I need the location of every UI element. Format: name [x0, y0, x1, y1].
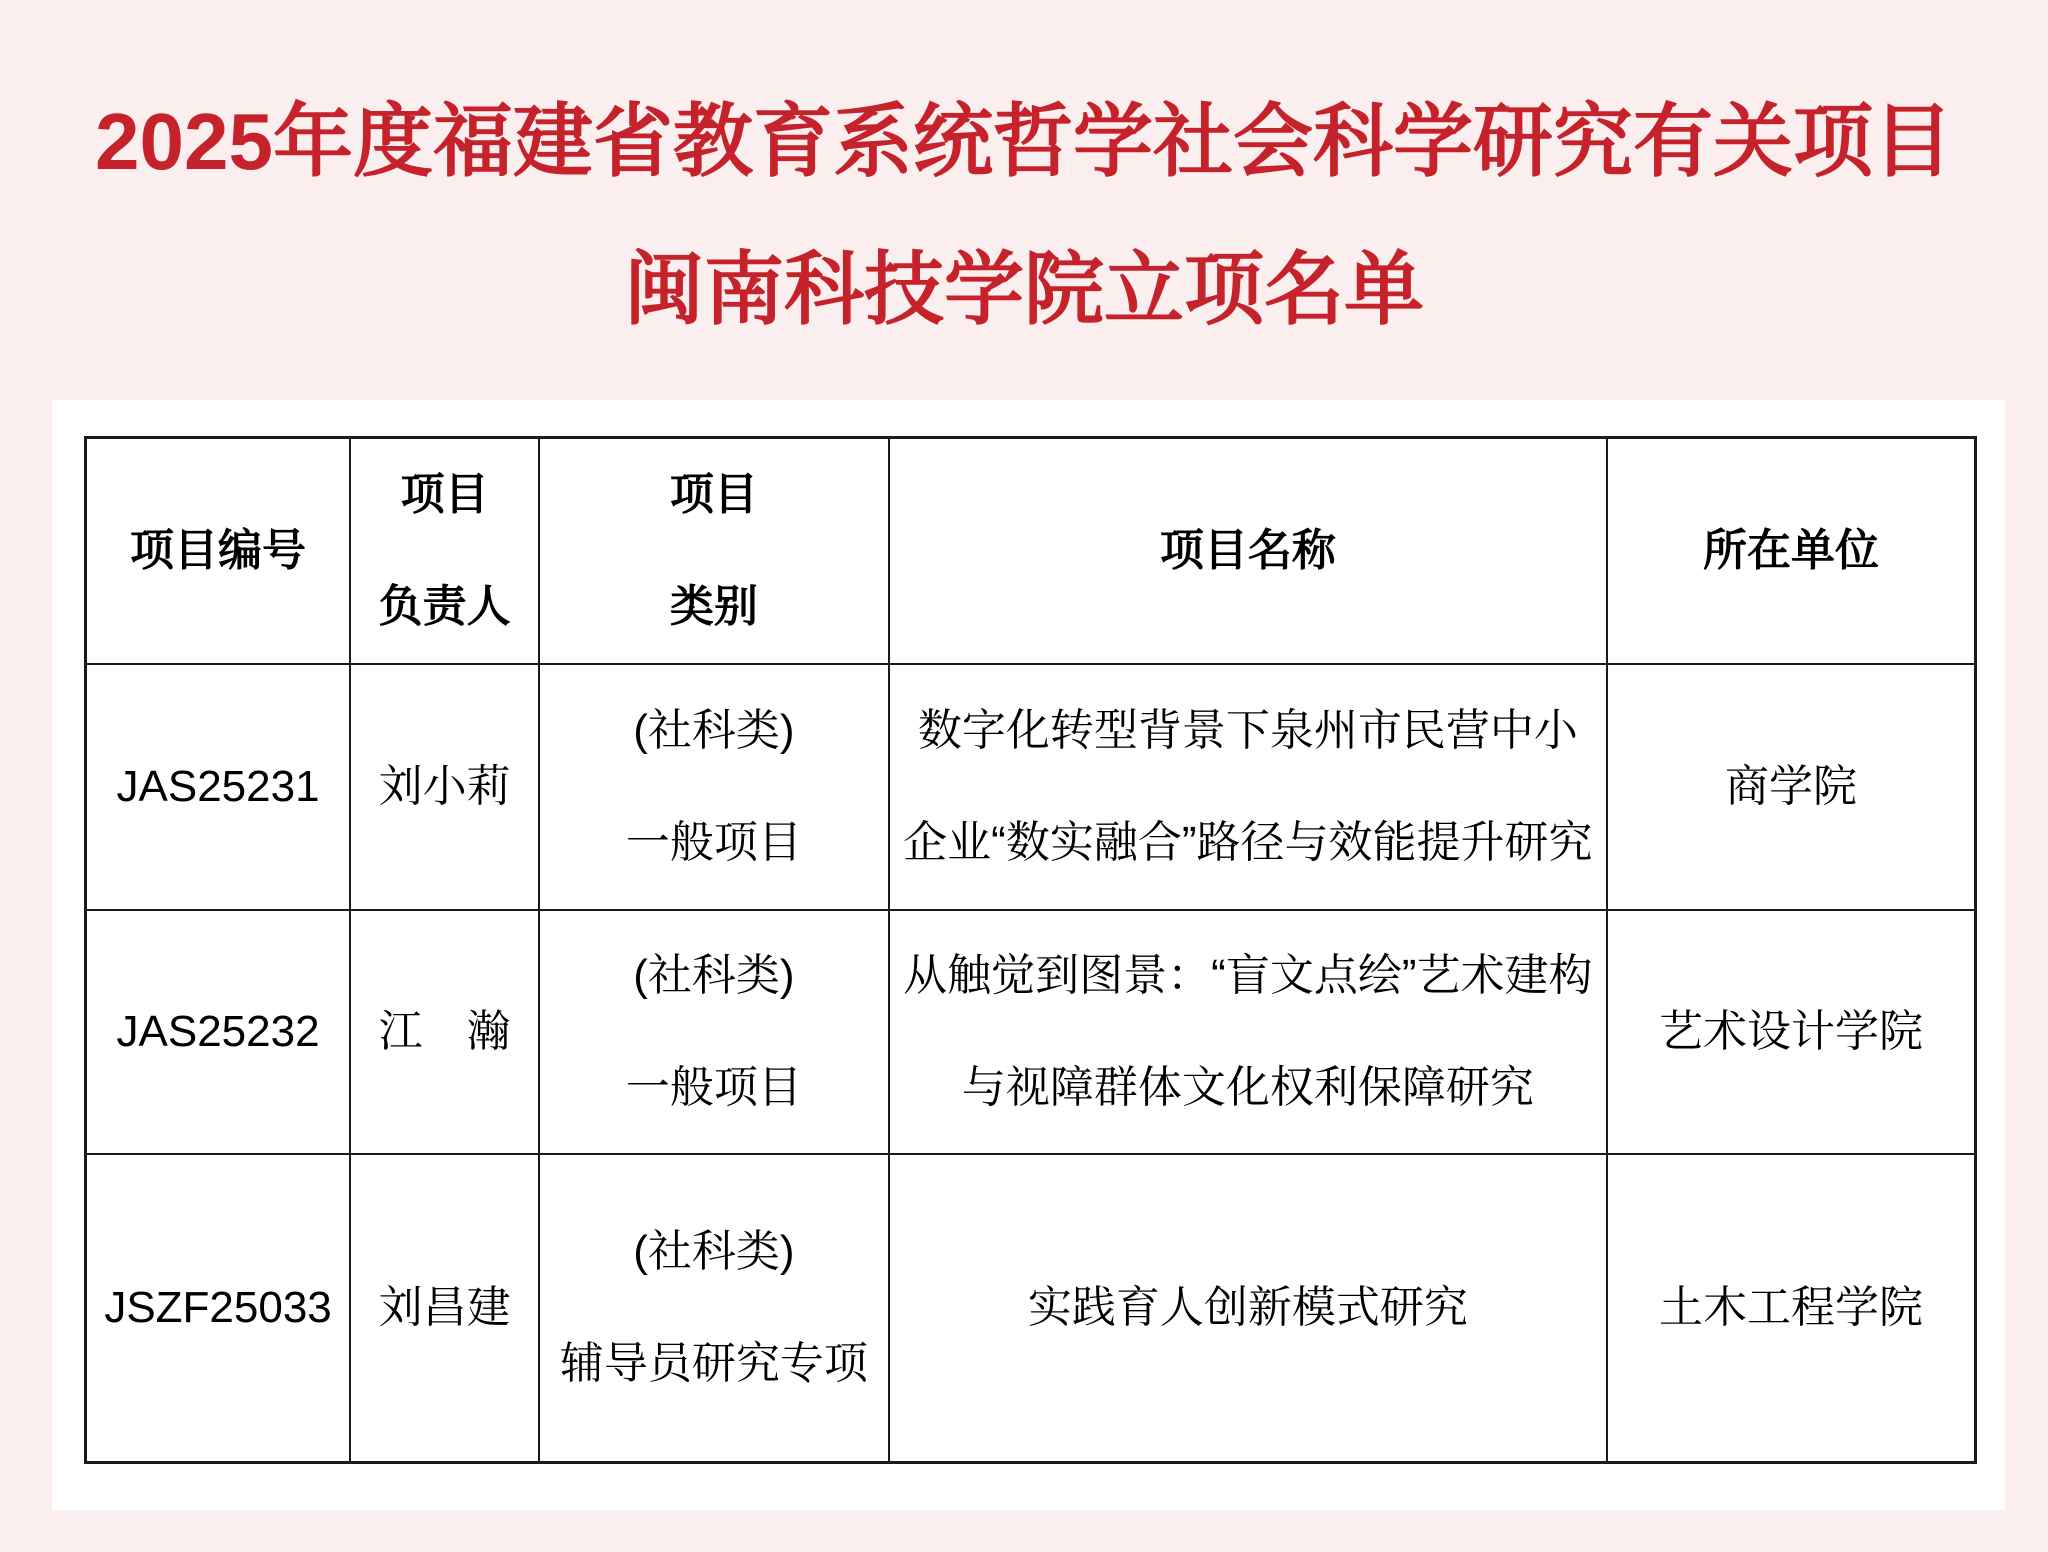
cell-unit: 商学院 — [1607, 664, 1976, 910]
cell-project-name: 从触觉到图景：“盲文点绘”艺术建构与视障群体文化权利保障研究 — [889, 910, 1607, 1154]
cell-unit: 土木工程学院 — [1607, 1154, 1976, 1462]
header-project-leader: 项目 负责人 — [350, 438, 539, 665]
cell-project-leader: 江 瀚 — [350, 910, 539, 1154]
project-list-table: 项目编号 项目 负责人 项目 类别 项目名称 所在单位 JAS25231 刘小莉… — [84, 436, 1977, 1464]
cell-unit: 艺术设计学院 — [1607, 910, 1976, 1154]
cell-project-category: (社科类) 辅导员研究专项 — [539, 1154, 889, 1462]
table-row: JAS25231 刘小莉 (社科类) 一般项目 数字化转型背景下泉州市民营中小企… — [86, 664, 1976, 910]
page-title: 2025年度福建省教育系统哲学社会科学研究有关项目 闽南科技学院立项名单 — [0, 0, 2048, 332]
table-row: JAS25232 江 瀚 (社科类) 一般项目 从触觉到图景：“盲文点绘”艺术建… — [86, 910, 1976, 1154]
cell-project-leader: 刘小莉 — [350, 664, 539, 910]
cell-project-leader: 刘昌建 — [350, 1154, 539, 1462]
cell-project-code: JSZF25033 — [86, 1154, 351, 1462]
header-unit: 所在单位 — [1607, 438, 1976, 665]
cell-project-category: (社科类) 一般项目 — [539, 664, 889, 910]
cell-project-name: 实践育人创新模式研究 — [889, 1154, 1607, 1462]
page-title-line2: 闽南科技学院立项名单 — [0, 248, 2048, 332]
cell-project-code: JAS25232 — [86, 910, 351, 1154]
table-header-row: 项目编号 项目 负责人 项目 类别 项目名称 所在单位 — [86, 438, 1976, 665]
table-row: JSZF25033 刘昌建 (社科类) 辅导员研究专项 实践育人创新模式研究 土… — [86, 1154, 1976, 1462]
page: { "page": { "title_line1": "2025年度福建省教育系… — [0, 0, 2048, 1552]
header-project-category: 项目 类别 — [539, 438, 889, 665]
page-title-line1: 2025年度福建省教育系统哲学社会科学研究有关项目 — [0, 100, 2048, 184]
cell-project-name: 数字化转型背景下泉州市民营中小企业“数实融合”路径与效能提升研究 — [889, 664, 1607, 910]
table-panel: 项目编号 项目 负责人 项目 类别 项目名称 所在单位 JAS25231 刘小莉… — [52, 400, 2005, 1510]
header-project-code: 项目编号 — [86, 438, 351, 665]
header-project-name: 项目名称 — [889, 438, 1607, 665]
cell-project-code: JAS25231 — [86, 664, 351, 910]
cell-project-category: (社科类) 一般项目 — [539, 910, 889, 1154]
